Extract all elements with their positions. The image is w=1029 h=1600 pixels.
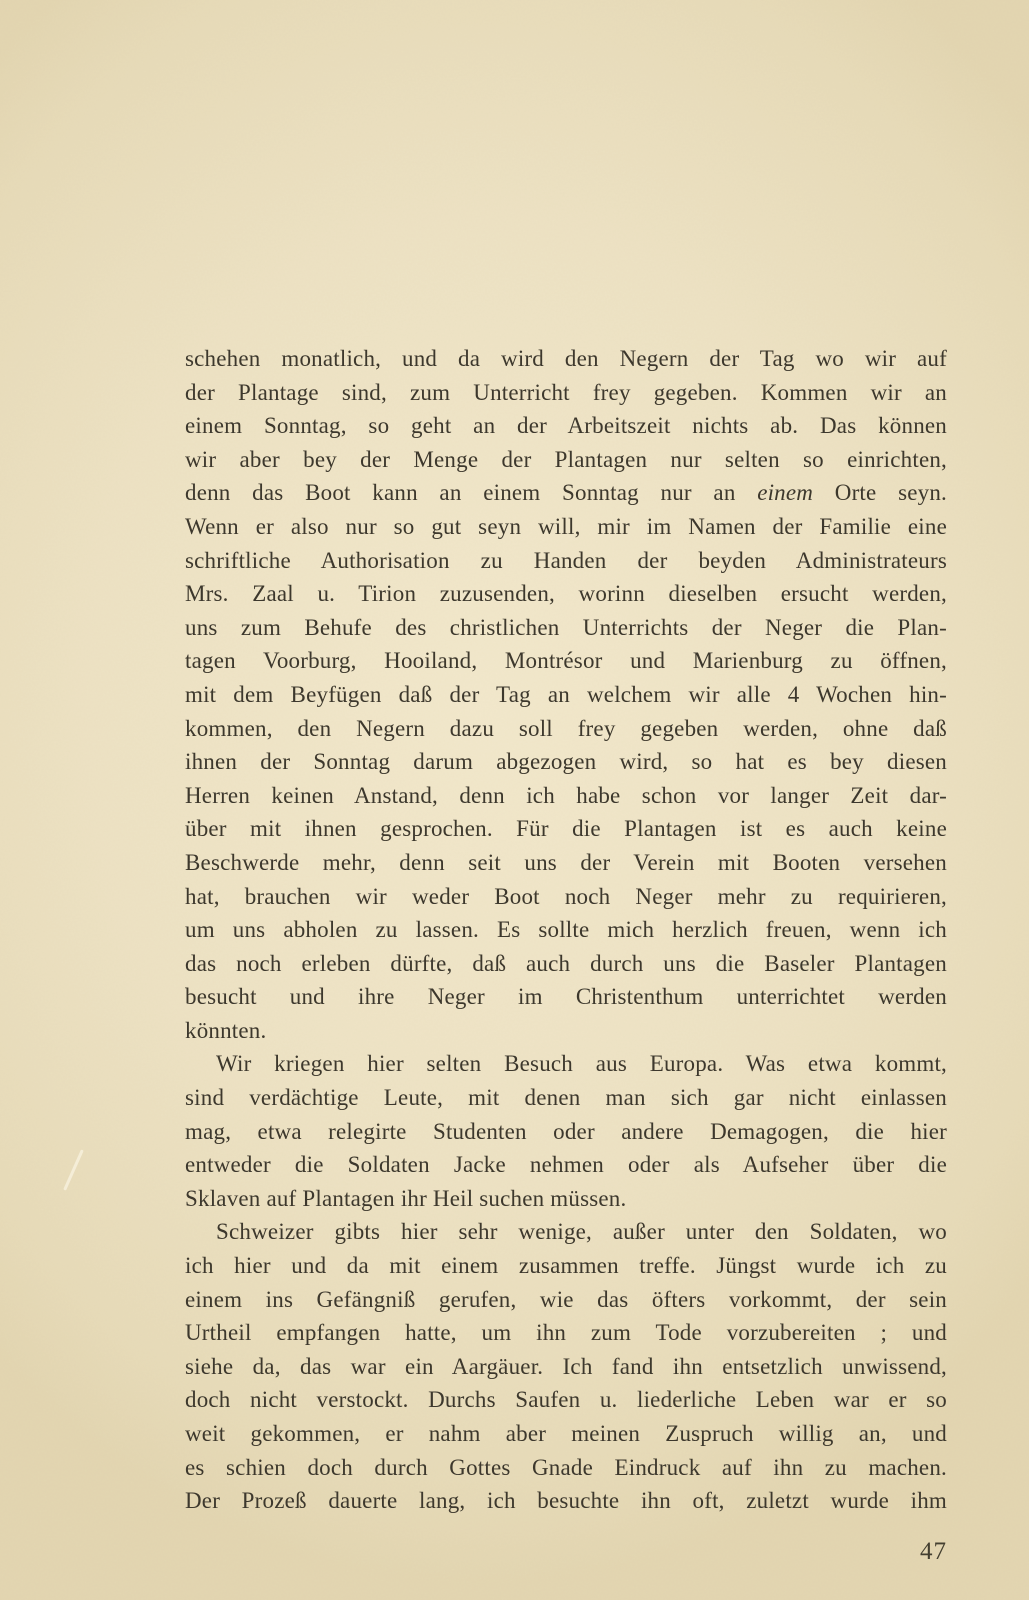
text-line: einem ins Gefängniß gerufen, wie das öft… <box>185 1283 947 1317</box>
text-line: könnten. <box>185 1014 947 1048</box>
text-line: ihnen der Sonntag darum abgezogen wird, … <box>185 745 947 779</box>
text-line: doch nicht verstockt. Durchs Saufen u. l… <box>185 1383 947 1417</box>
text-line: denn das Boot kann an einem Sonntag nur … <box>185 476 947 510</box>
text-line: Wenn er also nur so gut seyn will, mir i… <box>185 510 947 544</box>
text-line: der Plantage sind, zum Unterricht frey g… <box>185 376 947 410</box>
text-line: Sklaven auf Plantagen ihr Heil suchen mü… <box>185 1182 947 1216</box>
text-line: besucht und ihre Neger im Christenthum u… <box>185 980 947 1014</box>
text-line: Wir kriegen hier selten Besuch aus Europ… <box>185 1047 947 1081</box>
italic-word: einem <box>757 480 813 505</box>
text-line: mag, etwa relegirte Studenten oder ander… <box>185 1115 947 1149</box>
text-line: weit gekommen, er nahm aber meinen Zuspr… <box>185 1417 947 1451</box>
text-line: Urtheil empfangen hatte, um ihn zum Tode… <box>185 1316 947 1350</box>
book-page: schehen monatlich, und da wird den Neger… <box>0 0 1029 1600</box>
text-line: schehen monatlich, und da wird den Neger… <box>185 342 947 376</box>
text-line: Der Prozeß dauerte lang, ich besuchte ih… <box>185 1484 947 1518</box>
text-line: schriftliche Authorisation zu Handen der… <box>185 544 947 578</box>
text-line: tagen Voorburg, Hooiland, Montrésor und … <box>185 644 947 678</box>
text-line: um uns abholen zu lassen. Es sollte mich… <box>185 913 947 947</box>
text-line: Mrs. Zaal u. Tirion zuzusenden, worinn d… <box>185 577 947 611</box>
text-line: Beschwerde mehr, denn seit uns der Verei… <box>185 846 947 880</box>
text-line: Schweizer gibts hier sehr wenige, außer … <box>185 1215 947 1249</box>
text-line: das noch erleben dürfte, daß auch durch … <box>185 947 947 981</box>
text-line: wir aber bey der Menge der Plantagen nur… <box>185 443 947 477</box>
page-number: 47 <box>185 1536 947 1568</box>
text-line: uns zum Behufe des christlichen Unterric… <box>185 611 947 645</box>
text-line: ich hier und da mit einem zusammen treff… <box>185 1249 947 1283</box>
text-line: hat, brauchen wir weder Boot noch Neger … <box>185 880 947 914</box>
text-line: mit dem Beyfügen daß der Tag an welchem … <box>185 678 947 712</box>
body-text: schehen monatlich, und da wird den Neger… <box>185 342 947 1518</box>
text-line: einem Sonntag, so geht an der Arbeitszei… <box>185 409 947 443</box>
text-line: Herren keinen Anstand, denn ich habe sch… <box>185 779 947 813</box>
paper-scratch <box>63 1149 84 1190</box>
text-line: siehe da, das war ein Aargäuer. Ich fand… <box>185 1350 947 1384</box>
text-line: entweder die Soldaten Jacke nehmen oder … <box>185 1148 947 1182</box>
text-line: es schien doch durch Gottes Gnade Eindru… <box>185 1451 947 1485</box>
line-segment: Orte seyn. <box>813 480 947 505</box>
text-line: kommen, den Negern dazu soll frey gegebe… <box>185 712 947 746</box>
text-line: über mit ihnen gesprochen. Für die Plant… <box>185 812 947 846</box>
text-line: sind verdächtige Leute, mit denen man si… <box>185 1081 947 1115</box>
line-segment: denn das Boot kann an einem Sonntag nur … <box>185 480 757 505</box>
